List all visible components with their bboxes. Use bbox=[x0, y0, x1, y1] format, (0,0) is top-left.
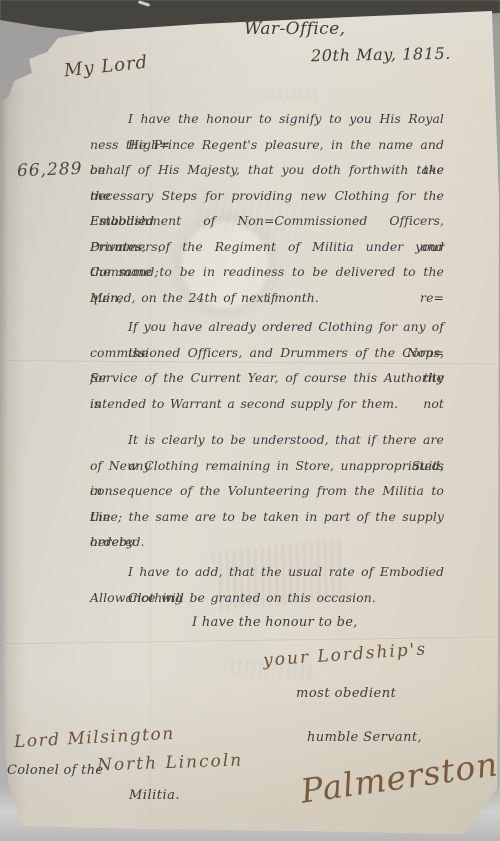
letter-line: Establishment of Non=Commissioned Office… bbox=[90, 208, 444, 234]
body-paragraph-1: I have the honour to signify to you His … bbox=[90, 106, 444, 310]
body-paragraph-3: It is clearly to be understood, that if … bbox=[90, 427, 444, 555]
letter-line: intended to Warrant a second supply for … bbox=[90, 391, 444, 417]
addressee-title: Colonel of the bbox=[7, 763, 103, 778]
letter-line: commissioned Officers, and Drummers of t… bbox=[90, 340, 444, 366]
war-office-heading: War-Office, bbox=[244, 19, 345, 39]
addressee-name: Lord Milsington bbox=[14, 724, 176, 752]
document-photo: War-Office, 20th May, 1815. My Lord 66,2… bbox=[0, 0, 500, 841]
letter-line: Service of the Current Year, of course t… bbox=[90, 365, 444, 391]
letter-line: necessary Steps for providing new Clothi… bbox=[90, 183, 444, 209]
letter-line: ness the Prince Regent's pleasure, in th… bbox=[90, 132, 444, 158]
letter-line: I have to add, that the usual rate of Em… bbox=[90, 559, 444, 585]
addressee-regiment: North Lincoln bbox=[97, 750, 244, 775]
body-paragraph-4: I have to add, that the usual rate of Em… bbox=[90, 559, 444, 610]
closing-lordship-line: your Lordship's bbox=[263, 639, 428, 670]
body-paragraph-2: If you have already ordered Clothing for… bbox=[90, 314, 444, 416]
palmerston-signature: Palmerston bbox=[298, 744, 500, 810]
letter-line: ordered. bbox=[90, 529, 444, 555]
letter-line: I have the honour to signify to you His … bbox=[90, 106, 444, 132]
letter-line: Line; the same are to be taken in part o… bbox=[90, 504, 444, 530]
closing-honour-line: I have the honour to be, bbox=[192, 615, 358, 630]
letter-line: behalf of His Majesty, that you doth for… bbox=[90, 157, 444, 183]
closing-servant-line: humble Servant, bbox=[307, 730, 422, 745]
reference-number: 66,289 bbox=[17, 159, 83, 181]
letter-sheet: War-Office, 20th May, 1815. My Lord 66,2… bbox=[0, 0, 500, 841]
letter-line: If you have already ordered Clothing for… bbox=[90, 314, 444, 340]
letter-date: 20th May, 1815. bbox=[311, 44, 451, 65]
closing-obedient-line: most obedient bbox=[296, 686, 396, 701]
letter-line: consequence of the Volunteering from the… bbox=[90, 478, 444, 504]
addressee-militia: Militia. bbox=[129, 788, 180, 803]
letter-line: the same to be in readiness to be delive… bbox=[90, 259, 444, 285]
salutation: My Lord bbox=[63, 52, 149, 82]
letter-line: of New Clothing remaining in Store, unap… bbox=[90, 453, 444, 479]
letter-line: It is clearly to be understood, that if … bbox=[90, 427, 444, 453]
letter-line: Privates, of the Regiment of Militia und… bbox=[90, 234, 444, 260]
letter-line: Allowance will be granted on this occasi… bbox=[90, 585, 444, 611]
ink-bleed-through bbox=[265, 90, 320, 99]
